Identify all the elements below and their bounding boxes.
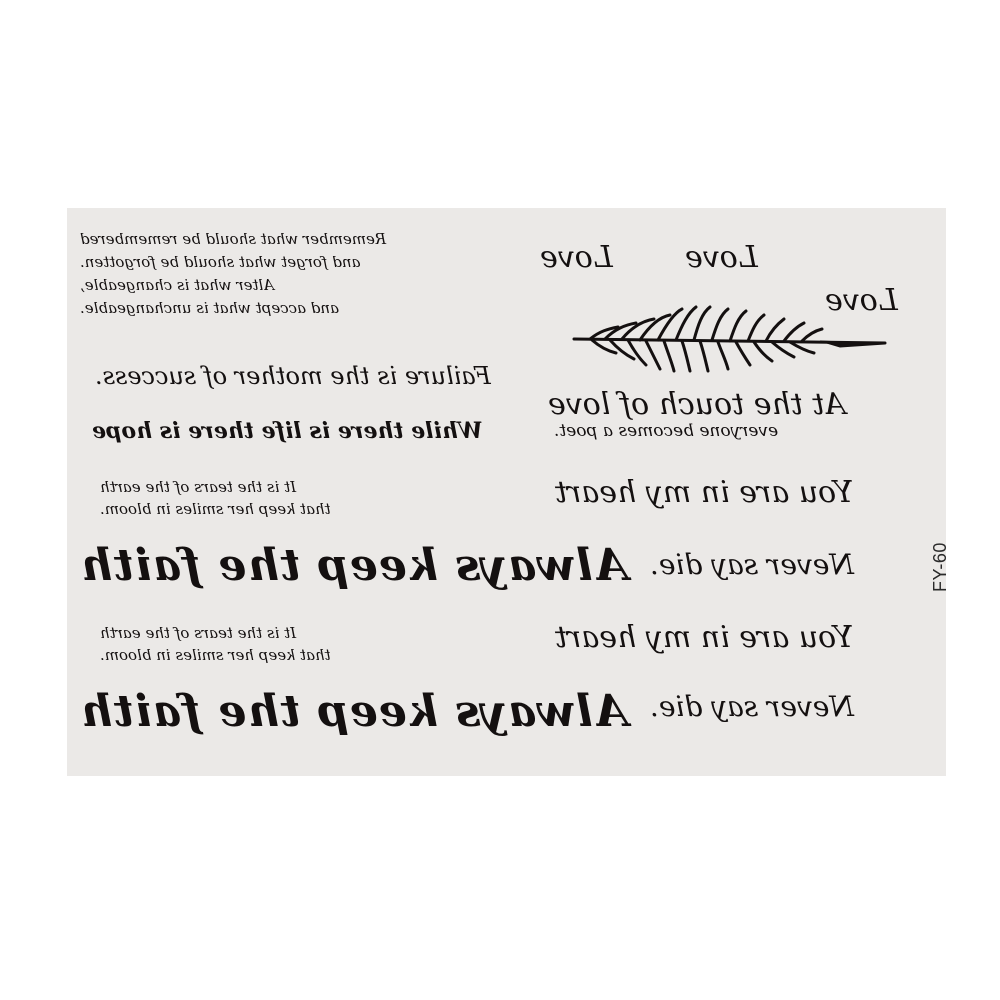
tears-1-line-2: that keep her smiles in bloom. [100, 498, 490, 520]
tattoo-faith-quote-1: Always keep the faith [88, 540, 628, 591]
remember-line-2: and forget what should be forgotten. [80, 251, 520, 274]
remember-line-3: Alter what is changeable, [80, 274, 520, 297]
remember-line-4: and accept what is unchangeable. [80, 297, 520, 320]
tattoo-heart-quote-2: You are in my heart [555, 620, 885, 655]
feather-icon [570, 303, 888, 375]
tattoo-love-2: Love [685, 240, 758, 275]
tattoo-remember-quote: Remember what should be remembered and f… [80, 228, 520, 320]
tattoo-tears-quote-1: It is the tears of the earth that keep h… [100, 476, 490, 520]
tattoo-faith-quote-2: Always keep the faith [88, 686, 628, 737]
product-code-label: FY-60 [928, 532, 952, 602]
tears-2-line-1: It is the tears of the earth [100, 622, 490, 644]
tears-1-line-1: It is the tears of the earth [100, 476, 490, 498]
touch-line-2: everyone becomes a poet. [548, 422, 880, 440]
tattoo-while-life-quote: While there is life there is hope [92, 418, 487, 444]
tattoo-failure-quote: Failure is the mother of success. [95, 362, 520, 390]
tattoo-love-1: Love [540, 240, 613, 275]
touch-line-1: At the touch of love [548, 388, 880, 422]
tattoo-never-say-die-1: Never say die. [650, 548, 900, 581]
tattoo-touch-of-love-quote: At the touch of love everyone becomes a … [548, 388, 880, 440]
tears-2-line-2: that keep her smiles in bloom. [100, 644, 490, 666]
tattoo-never-say-die-2: Never say die. [650, 690, 900, 723]
remember-line-1: Remember what should be remembered [80, 228, 520, 251]
tattoo-tears-quote-2: It is the tears of the earth that keep h… [100, 622, 490, 666]
tattoo-heart-quote-1: You are in my heart [555, 475, 885, 510]
